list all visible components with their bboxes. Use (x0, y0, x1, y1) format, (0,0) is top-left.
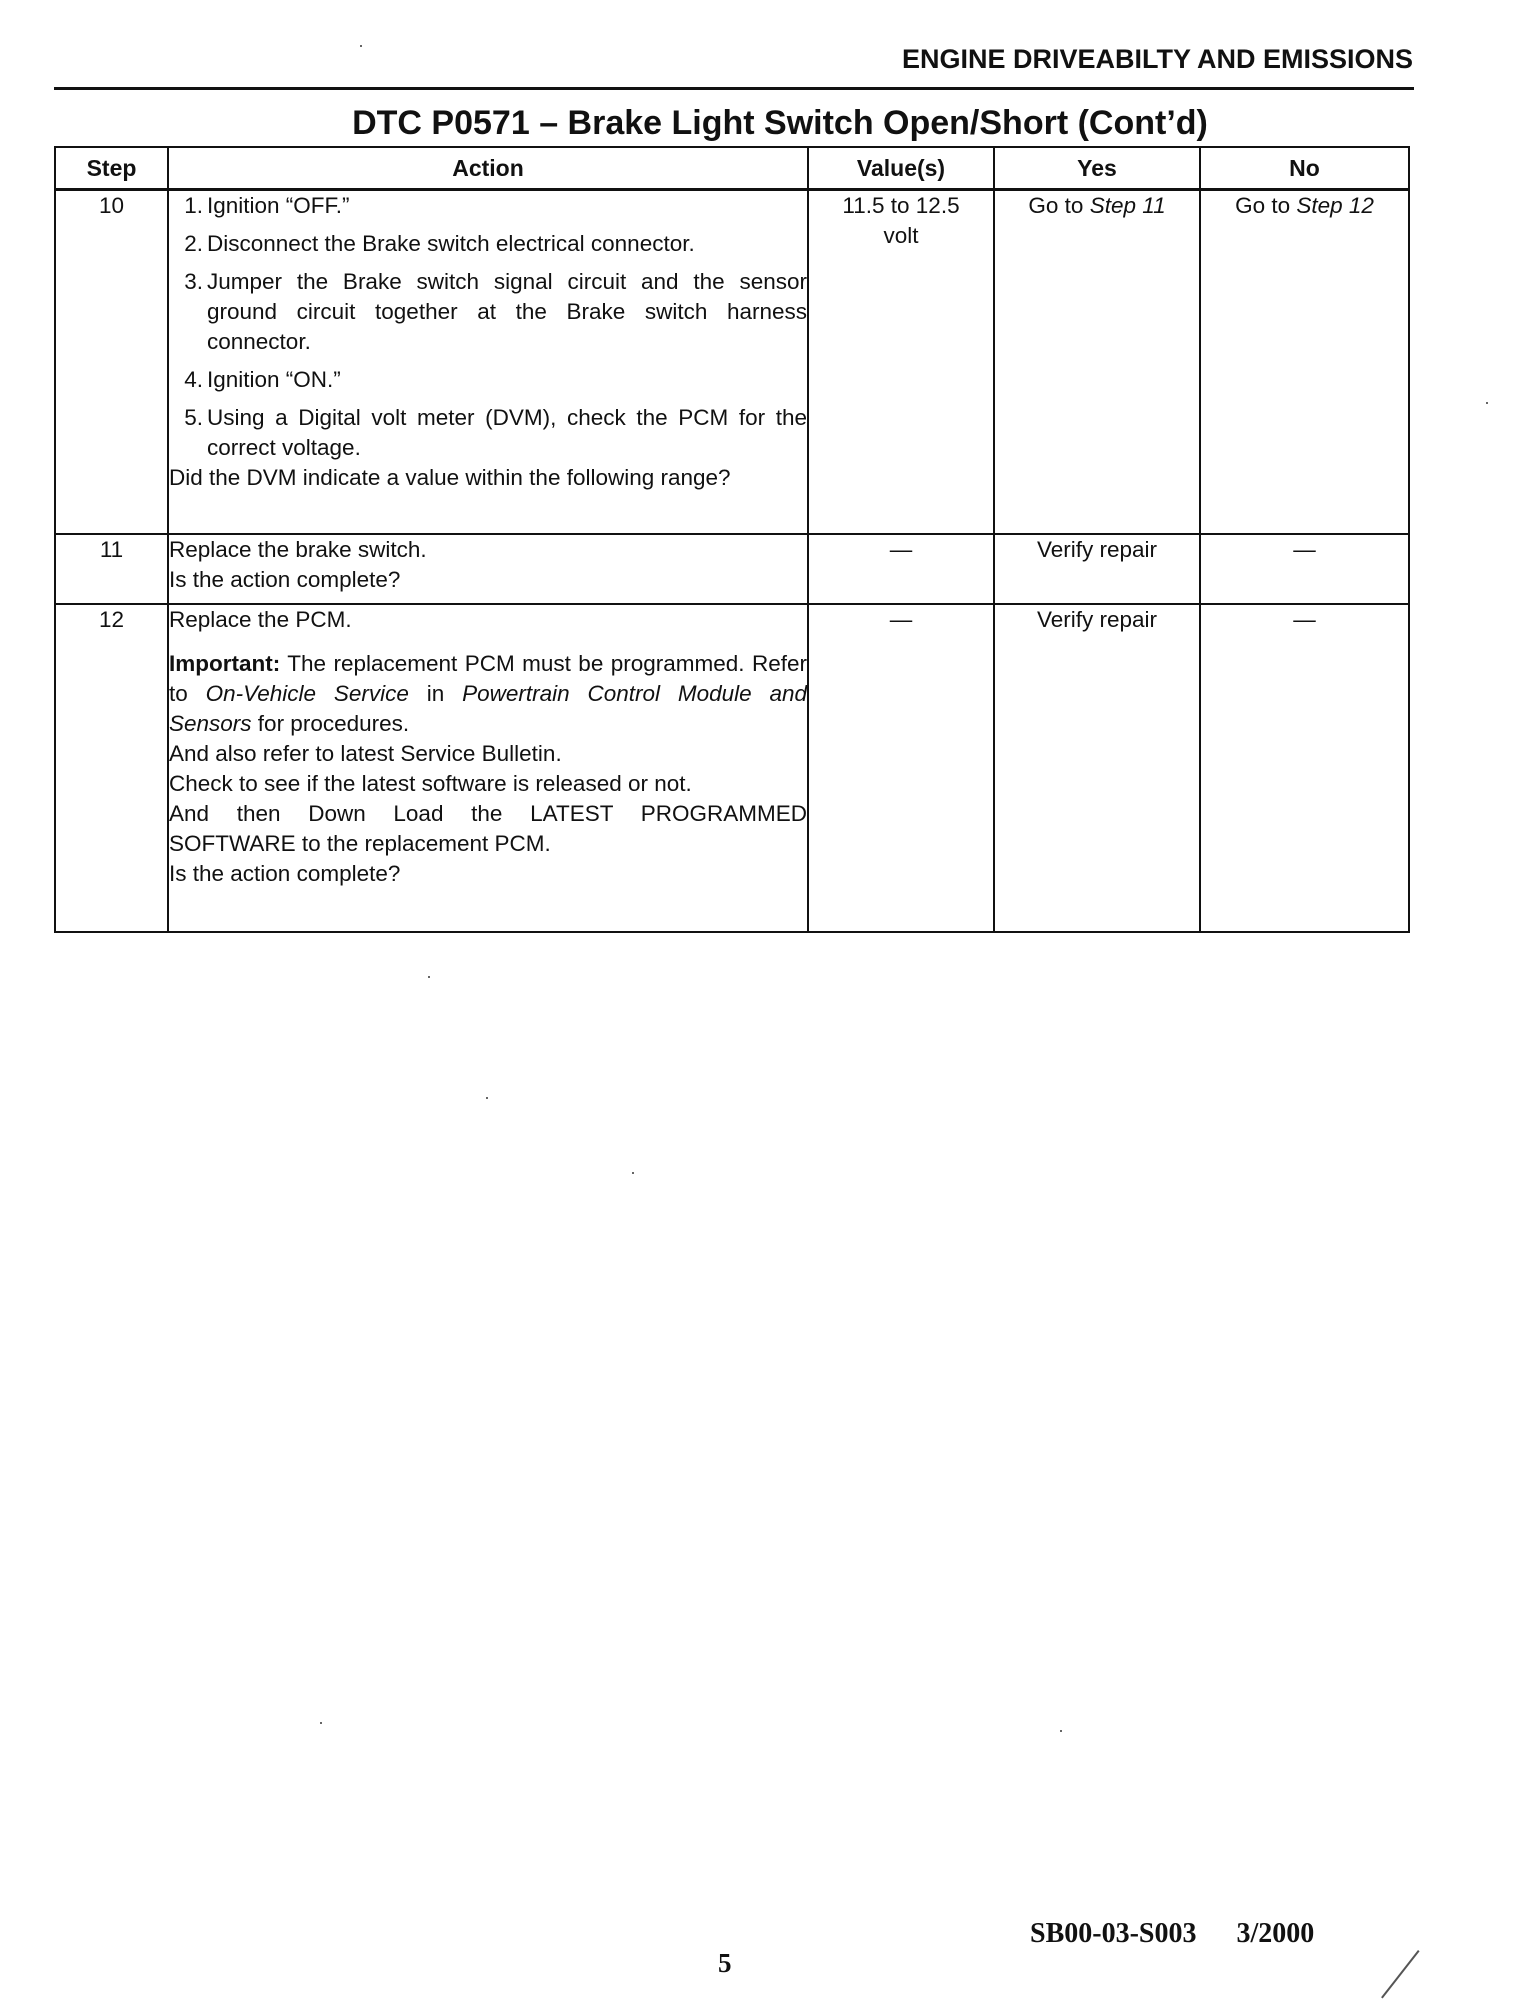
action-cell: 1.Ignition “OFF.” 2.Disconnect the Brake… (168, 190, 808, 534)
column-header-values: Value(s) (808, 147, 994, 190)
check-text: Check to see if the latest software is r… (169, 769, 807, 799)
item-number: 2. (169, 229, 207, 259)
page-number: 5 (718, 1948, 732, 1979)
action-item: 3.Jumper the Brake switch signal circuit… (169, 267, 807, 357)
note-text: for procedures. (252, 711, 410, 736)
scan-speck (320, 1722, 322, 1724)
action-text: Replace the brake switch. (169, 535, 807, 565)
no-cell: — (1200, 604, 1409, 932)
column-header-no: No (1200, 147, 1409, 190)
item-number: 4. (169, 365, 207, 395)
step-number: 10 (55, 190, 168, 534)
question-text: Is the action complete? (169, 565, 807, 595)
item-number: 3. (169, 267, 207, 357)
action-item: 1.Ignition “OFF.” (169, 191, 807, 221)
table-row-step-11: 11 Replace the brake switch. Is the acti… (55, 534, 1409, 604)
item-text: Disconnect the Brake switch electrical c… (207, 229, 807, 259)
footer-document-code: SB00-03-S0033/2000 (1030, 1918, 1314, 1950)
action-text: Replace the PCM. (169, 605, 807, 635)
bulletin-text: And also refer to latest Service Bulleti… (169, 739, 807, 769)
value-cell: 11.5 to 12.5 volt (808, 190, 994, 534)
step-reference: Step 12 (1296, 193, 1374, 218)
item-text: Using a Digital volt meter (DVM), check … (207, 403, 807, 463)
step-reference: Step 11 (1090, 193, 1166, 218)
no-cell: — (1200, 534, 1409, 604)
column-header-yes: Yes (994, 147, 1200, 190)
scan-speck (632, 1172, 634, 1174)
value-unit: volt (809, 221, 993, 251)
yes-cell: Verify repair (994, 604, 1200, 932)
value-range: 11.5 to 12.5 (809, 191, 993, 221)
important-note: Important: The replacement PCM must be p… (169, 649, 807, 739)
table-row-step-12: 12 Replace the PCM. Important: The repla… (55, 604, 1409, 932)
scan-speck (486, 1097, 488, 1099)
download-text: And then Down Load the LATEST PROGRAMMED… (169, 799, 807, 859)
column-header-action: Action (168, 147, 808, 190)
action-item: 2.Disconnect the Brake switch electrical… (169, 229, 807, 259)
question-text: Is the action complete? (169, 859, 807, 889)
value-cell: — (808, 534, 994, 604)
value-cell: — (808, 604, 994, 932)
page-title: DTC P0571 – Brake Light Switch Open/Shor… (0, 104, 1520, 143)
scan-mark (1381, 1950, 1420, 1999)
diagnostic-table: Step Action Value(s) Yes No 10 1.Ignitio… (54, 146, 1410, 933)
scan-speck (1486, 402, 1488, 404)
action-item: 5.Using a Digital volt meter (DVM), chec… (169, 403, 807, 463)
step-number: 12 (55, 604, 168, 932)
document-date: 3/2000 (1236, 1918, 1314, 1949)
scan-speck (1060, 1730, 1062, 1732)
action-cell: Replace the PCM. Important: The replacem… (168, 604, 808, 932)
reference: On-Vehicle Service (206, 681, 409, 706)
document-code: SB00-03-S003 (1030, 1918, 1196, 1949)
no-prefix: Go to (1235, 193, 1296, 218)
item-text: Jumper the Brake switch signal circuit a… (207, 267, 807, 357)
yes-prefix: Go to (1028, 193, 1089, 218)
scan-speck (360, 45, 362, 47)
question-text: Did the DVM indicate a value within the … (169, 463, 807, 493)
action-cell: Replace the brake switch. Is the action … (168, 534, 808, 604)
table-row-step-10: 10 1.Ignition “OFF.” 2.Disconnect the Br… (55, 190, 1409, 534)
yes-cell: Go to Step 11 (994, 190, 1200, 534)
important-label: Important: (169, 651, 280, 676)
step-number: 11 (55, 534, 168, 604)
item-number: 1. (169, 191, 207, 221)
column-header-step: Step (55, 147, 168, 190)
item-text: Ignition “ON.” (207, 365, 807, 395)
header-rule (54, 87, 1414, 90)
scan-speck (428, 976, 430, 978)
table-header-row: Step Action Value(s) Yes No (55, 147, 1409, 190)
action-item: 4.Ignition “ON.” (169, 365, 807, 395)
no-cell: Go to Step 12 (1200, 190, 1409, 534)
yes-cell: Verify repair (994, 534, 1200, 604)
section-header: ENGINE DRIVEABILTY AND EMISSIONS (902, 44, 1413, 75)
note-text: in (409, 681, 462, 706)
item-number: 5. (169, 403, 207, 463)
item-text: Ignition “OFF.” (207, 191, 807, 221)
